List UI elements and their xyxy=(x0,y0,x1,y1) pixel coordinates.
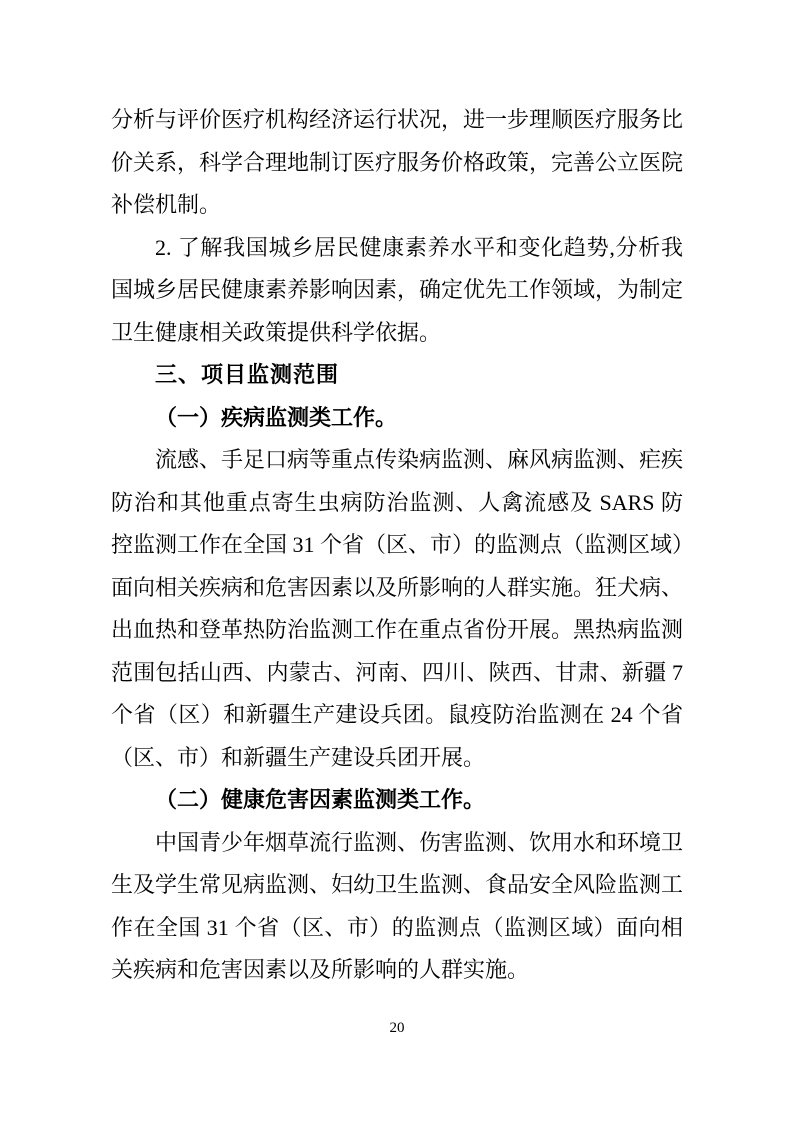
page-footer: 20 xyxy=(0,1018,794,1038)
section-heading-monitoring-scope: 三、项目监测范围 xyxy=(111,354,683,397)
paragraph-medical-pricing: 分析与评价医疗机构经济运行状况，进一步理顺医疗服务比价关系，科学合理地制订医疗服… xyxy=(111,99,683,227)
page-number: 20 xyxy=(390,1020,405,1036)
document-body: 分析与评价医疗机构经济运行状况，进一步理顺医疗服务比价关系，科学合理地制订医疗服… xyxy=(111,99,683,992)
subsection-heading-disease-monitoring: （一）疾病监测类工作。 xyxy=(111,397,683,440)
document-page: 分析与评价医疗机构经济运行状况，进一步理顺医疗服务比价关系，科学合理地制订医疗服… xyxy=(0,0,794,1122)
paragraph-disease-monitoring-detail: 流感、手足口病等重点传染病监测、麻风病监测、疟疾防治和其他重点寄生虫病防治监测、… xyxy=(111,439,683,779)
paragraph-health-literacy: 2. 了解我国城乡居民健康素养水平和变化趋势,分析我国城乡居民健康素养影响因素，… xyxy=(111,227,683,355)
paragraph-health-hazard-detail: 中国青少年烟草流行监测、伤害监测、饮用水和环境卫生及学生常见病监测、妇幼卫生监测… xyxy=(111,822,683,992)
subsection-heading-health-hazard-monitoring: （二）健康危害因素监测类工作。 xyxy=(111,779,683,822)
